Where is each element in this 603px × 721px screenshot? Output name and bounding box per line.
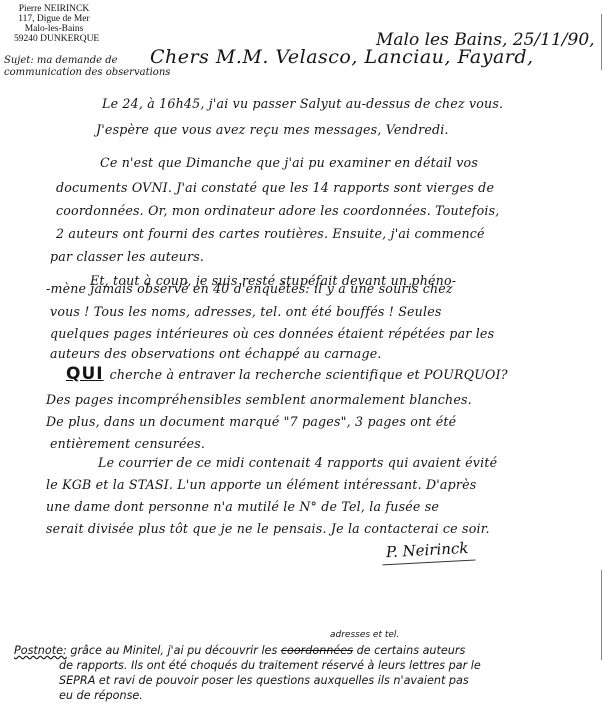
struck-word: coordonnées xyxy=(281,644,353,657)
sender-street: 117, Digue de Mer xyxy=(14,14,94,24)
postnote-line-1: Postnote: grâce au Minitel, j'ai pu déco… xyxy=(14,643,481,658)
body-line: -mène jamais observé en 40 d'enquêtes: i… xyxy=(46,281,453,296)
body-line: serait divisée plus tôt que je ne le pen… xyxy=(46,521,490,536)
qui-line: QUIcherche à entraver la recherche scien… xyxy=(66,364,508,384)
body-line: entièrement censurées. xyxy=(50,436,205,451)
postnote-insertion: adresses et tel. xyxy=(330,630,399,640)
scan-edge-mark xyxy=(601,570,602,660)
subject-line-2: communication des observations xyxy=(4,67,170,79)
postnote-label: Postnote: xyxy=(14,644,67,657)
body-line: documents OVNI. J'ai constaté que les 14… xyxy=(56,180,494,195)
body-line: auteurs des observations ont échappé au … xyxy=(50,346,382,361)
postnote-line-4: eu de réponse. xyxy=(14,688,481,703)
salutation: Chers M.M. Velasco, Lanciau, Fayard, xyxy=(150,46,534,68)
body-line: vous ! Tous les noms, adresses, tel. ont… xyxy=(50,304,442,319)
subject-line-1: Sujet: ma demande de xyxy=(4,55,170,67)
body-line: Ce n'est que Dimanche que j'ai pu examin… xyxy=(100,155,478,170)
postnote-text: grâce au Minitel, j'ai pu découvrir les xyxy=(70,644,277,657)
qui-emphasis: QUI xyxy=(66,364,104,384)
sender-postcode-city: 59240 DUNKERQUE xyxy=(14,34,94,44)
signature: P. Neirinck xyxy=(381,539,475,566)
subject: Sujet: ma demande de communication des o… xyxy=(4,55,170,79)
postnote: Postnote: grâce au Minitel, j'ai pu déco… xyxy=(14,643,481,703)
letterhead: Pierre NEIRINCK 117, Digue de Mer Malo-l… xyxy=(14,4,94,44)
sender-name: Pierre NEIRINCK xyxy=(14,4,94,14)
scan-edge-mark xyxy=(601,14,602,70)
body-line: J'espère que vous avez reçu mes messages… xyxy=(96,122,449,137)
body-line: coordonnées. Or, mon ordinateur adore le… xyxy=(56,203,499,218)
sender-town: Malo-les-Bains xyxy=(14,24,94,34)
body-line: cherche à entraver la recherche scientif… xyxy=(110,367,508,382)
postnote-text: de certains auteurs xyxy=(357,644,466,657)
postnote-line-2: de rapports. Ils ont été choqués du trai… xyxy=(14,658,481,673)
body-line: par classer les auteurs. xyxy=(50,249,204,264)
postnote-line-3: SEPRA et ravi de pouvoir poser les quest… xyxy=(14,673,481,688)
body-line: une dame dont personne n'a mutilé le N° … xyxy=(46,499,439,514)
body-line: 2 auteurs ont fourni des cartes routière… xyxy=(56,226,485,241)
body-line: le KGB et la STASI. L'un apporte un élém… xyxy=(46,477,476,492)
body-line: Le 24, à 16h45, j'ai vu passer Salyut au… xyxy=(102,96,503,111)
body-line: De plus, dans un document marqué "7 page… xyxy=(46,414,456,429)
body-line: Le courrier de ce midi contenait 4 rappo… xyxy=(98,455,497,470)
body-line: quelques pages intérieures où ces donnée… xyxy=(50,326,494,341)
body-line: Des pages incompréhensibles semblent ano… xyxy=(46,392,472,407)
